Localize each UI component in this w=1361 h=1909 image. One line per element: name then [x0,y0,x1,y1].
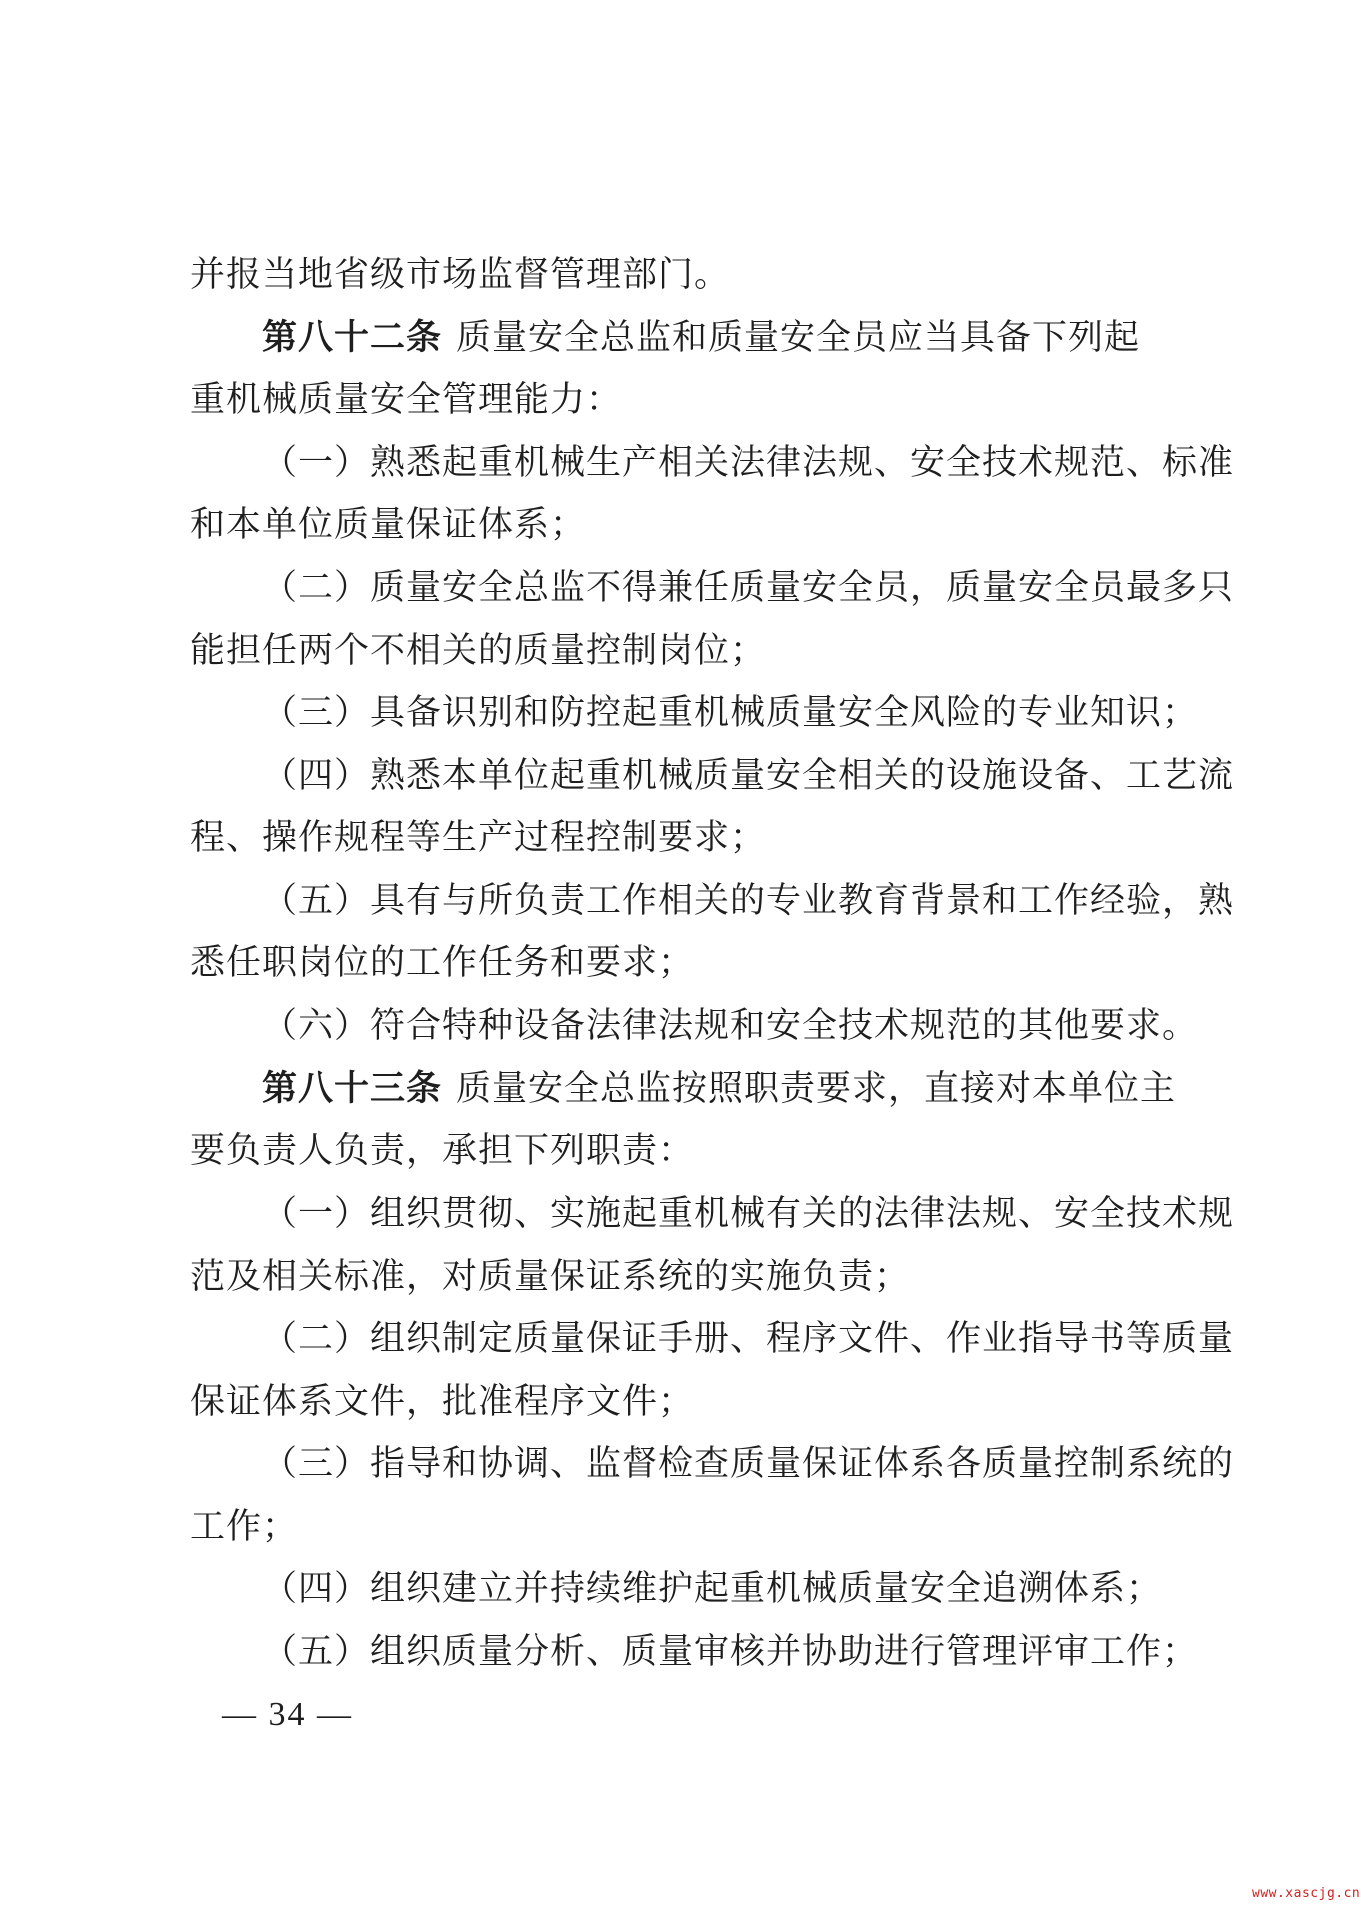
text-line: 工作； [190,1505,298,1549]
text-line: （五）组织质量分析、质量审核并协助进行管理评审工作； [262,1630,1198,1674]
article-number: 第八十三条 [262,1069,442,1108]
text-line: 保证体系文件，批准程序文件； [190,1380,694,1424]
text-line: （二）质量安全总监不得兼任质量安全员，质量安全员最多只 [262,566,1234,610]
text-line: 重机械质量安全管理能力： [190,378,622,422]
text-line: （一）熟悉起重机械生产相关法律法规、安全技术规范、标准 [262,441,1234,485]
text-line: 悉任职岗位的工作任务和要求； [190,941,694,985]
text-line: （六）符合特种设备法律法规和安全技术规范的其他要求。 [262,1004,1198,1048]
article-heading-line: 第八十二条质量安全总监和质量安全员应当具备下列起 [262,316,1140,360]
text-line: （一）组织贯彻、实施起重机械有关的法律法规、安全技术规 [262,1192,1234,1236]
text-line: 程、操作规程等生产过程控制要求； [190,816,766,860]
text-line: （三）具备识别和防控起重机械质量安全风险的专业知识； [262,691,1198,735]
text-line: 要负责人负责，承担下列职责： [190,1129,694,1173]
text-line: 和本单位质量保证体系； [190,503,586,547]
text-line: （二）组织制定质量保证手册、程序文件、作业指导书等质量 [262,1317,1234,1361]
document-page: 并报当地省级市场监督管理部门。 第八十二条质量安全总监和质量安全员应当具备下列起… [0,0,1361,1909]
article-heading-line: 第八十三条质量安全总监按照职责要求，直接对本单位主 [262,1067,1176,1111]
text-line: 并报当地省级市场监督管理部门。 [190,253,730,297]
page-number: — 34 — [222,1696,353,1734]
watermark-url: www.xascjg.cn [1252,1886,1360,1901]
text-line: （三）指导和协调、监督检查质量保证体系各质量控制系统的 [262,1442,1234,1486]
text-line: 能担任两个不相关的质量控制岗位； [190,629,766,673]
article-number: 第八十二条 [262,318,442,357]
text-line: （四）熟悉本单位起重机械质量安全相关的设施设备、工艺流 [262,754,1234,798]
text-line: （四）组织建立并持续维护起重机械质量安全追溯体系； [262,1567,1162,1611]
text-line: （五）具有与所负责工作相关的专业教育背景和工作经验，熟 [262,879,1234,923]
text-line: 范及相关标准，对质量保证系统的实施负责； [190,1255,910,1299]
